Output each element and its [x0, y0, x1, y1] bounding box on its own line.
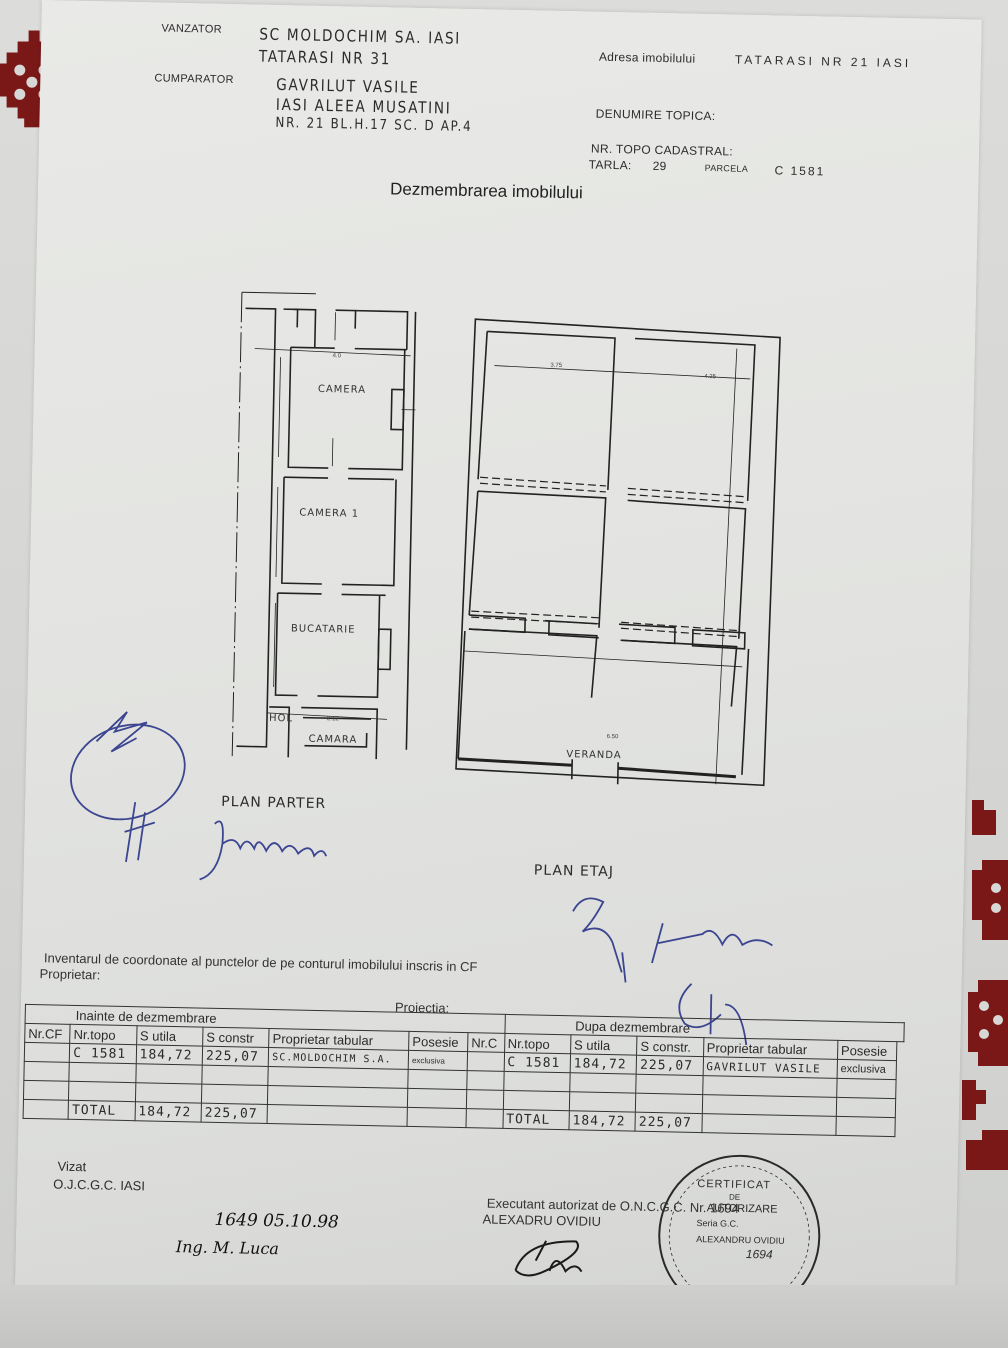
room-label-camera-1: CAMERA 1 — [299, 508, 359, 520]
room-label-hol: HOL — [269, 713, 293, 724]
dimension-label: 4.25 — [704, 374, 716, 380]
total-s-utila: 184,72 — [569, 1111, 636, 1131]
tarla-label: TARLA: — [589, 157, 632, 172]
cell-nr-topo: C 1581 — [504, 1052, 571, 1072]
topic-name-label: DENUMIRE TOPICA: — [596, 107, 716, 124]
cell-posesie: exclusiva — [837, 1059, 896, 1079]
column-header: Nr.C — [468, 1033, 505, 1053]
column-header: S utila — [136, 1026, 203, 1046]
stamp-text: ALEXANDRU OVIDIU — [696, 1234, 785, 1246]
visa-label: Vizat — [57, 1159, 86, 1175]
cell-s-utila: 184,72 — [136, 1045, 203, 1065]
tablecloth-edge — [0, 1285, 1008, 1348]
ground-floor-plan — [226, 286, 456, 780]
seller-address: TATARASI NR 31 — [259, 47, 392, 69]
cadastral-document: VANZATOR SC MOLDOCHIM SA. IASI TATARASI … — [14, 0, 981, 1337]
stamp-text: Seria G.C. — [696, 1218, 738, 1229]
cell-s-utila: 184,72 — [570, 1054, 637, 1074]
total-s-utila: 184,72 — [135, 1102, 202, 1122]
stamp-text: CERTIFICAT — [697, 1178, 771, 1192]
parcela-label: PARCELA — [705, 163, 749, 174]
plan-parter-label: PLAN PARTER — [221, 794, 326, 812]
signature — [64, 691, 198, 874]
embroidery-motif — [968, 800, 1008, 960]
stamp-number: 1694 — [746, 1247, 773, 1262]
executant-line-2: ALEXADRU OVIDIU — [482, 1211, 601, 1228]
buyer-address-line-1: IASI ALEEA MUSATINI — [276, 95, 452, 118]
column-header: S constr — [203, 1027, 270, 1047]
column-header: Posesie — [837, 1040, 896, 1060]
seller-name: SC MOLDOCHIM SA. IASI — [259, 25, 461, 48]
document-title: Dezmembrarea imobilului — [390, 179, 583, 203]
cell-nr-topo: C 1581 — [70, 1043, 137, 1063]
plan-etaj-label: PLAN ETAJ — [534, 862, 614, 880]
buyer-name: GAVRILUT VASILE — [276, 75, 420, 97]
total-label: TOTAL — [68, 1100, 135, 1120]
signature — [505, 1230, 596, 1292]
handwritten-registration: 1649 05.10.98 — [214, 1210, 339, 1233]
dimension-label: 6.50 — [607, 734, 619, 740]
buyer-address-line-2: NR. 21 BL.H.17 SC. D AP.4 — [275, 115, 472, 135]
dimension-label: 2.12 — [327, 716, 339, 722]
cell-s-constr: 225,07 — [636, 1055, 703, 1075]
cell-s-constr: 225,07 — [202, 1046, 269, 1066]
column-header: Nr.CF — [25, 1023, 71, 1043]
upper-floor-plan — [446, 309, 786, 796]
stamp-text: DE — [729, 1193, 740, 1202]
column-header: Posesie — [409, 1031, 468, 1051]
dimension-label: 3.75 — [550, 363, 562, 369]
total-s-constr: 225,07 — [201, 1103, 268, 1123]
room-label-veranda: VERANDA — [566, 749, 622, 761]
column-header: S utila — [570, 1035, 637, 1055]
room-label-bucatarie: BUCATARIE — [291, 623, 356, 635]
cell-posesie: exclusiva — [408, 1050, 467, 1070]
room-label-camera: CAMERA — [318, 384, 366, 396]
embroidery-motif — [962, 980, 1008, 1190]
inventory-caption: Inventarul de coordonate al punctelor de… — [44, 950, 478, 974]
office-name: O.J.C.G.C. IASI — [53, 1176, 145, 1193]
room-label-camara: CAMARA — [308, 734, 357, 746]
column-header: Nr.topo — [504, 1033, 571, 1053]
tarla-value: 29 — [653, 159, 667, 173]
total-s-constr: 225,07 — [635, 1112, 702, 1132]
seller-label: VANZATOR — [161, 23, 222, 36]
stamp-text: AUTORIZARE — [707, 1202, 778, 1215]
dimension-label: 4.0 — [333, 353, 341, 359]
column-header: S constr. — [637, 1036, 704, 1056]
handwritten-note: Ing. M. Luca — [176, 1237, 279, 1258]
property-address-label: Adresa imobilului — [599, 50, 696, 66]
owner-label: Proprietar: — [39, 966, 100, 982]
column-header: Nr.topo — [70, 1024, 137, 1044]
buyer-label: CUMPARATOR — [154, 72, 234, 86]
cadastral-number-label: NR. TOPO CADASTRAL: — [591, 142, 733, 159]
property-address: TATARASI NR 21 IASI — [735, 53, 912, 71]
register-table: Inainte de dezmembrare Dupa dezmembrare … — [23, 1004, 905, 1137]
total-label: TOTAL — [503, 1109, 570, 1129]
signature — [194, 813, 345, 886]
parcela-value: C 1581 — [774, 163, 825, 178]
